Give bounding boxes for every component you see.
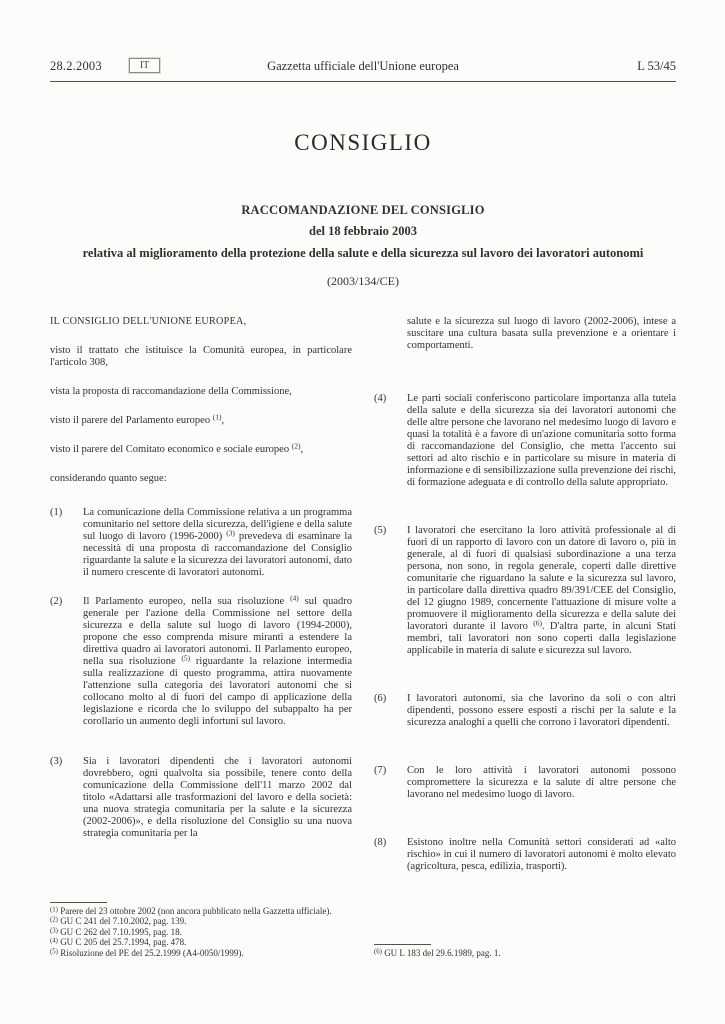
footnote: (1) Parere del 23 ottobre 2002 (non anco…	[50, 906, 352, 916]
footnote: (2) GU C 241 del 7.10.2002, pag. 139.	[50, 916, 352, 926]
recital-text: I lavoratori che esercitano la loro atti…	[407, 525, 676, 657]
footnote-text: GU L 183 del 29.6.1989, pag. 1.	[382, 948, 501, 958]
footnote-marker: (3)	[50, 927, 58, 934]
footnote-text: GU C 262 del 7.10.1995, pag. 18.	[58, 927, 182, 937]
recitals-left: (1) La comunicazione della Commissione r…	[50, 507, 352, 840]
footnotes-right: (6) GU L 183 del 29.6.1989, pag. 1.	[374, 944, 676, 958]
recitals-right: (4) Le parti sociali conferiscono partic…	[374, 393, 676, 873]
footnote-text: Risoluzione del PE del 25.2.1999 (A4-005…	[58, 948, 244, 958]
citation-paragraph: visto il parere del Parlamento europeo (…	[50, 415, 352, 427]
footnote-reference: (4)	[290, 594, 299, 603]
citation-paragraph: visto il trattato che istituisce la Comu…	[50, 345, 352, 369]
footnote-reference: (1)	[213, 413, 222, 422]
act-reference: (2003/134/CE)	[50, 274, 676, 289]
footnote: (5) Risoluzione del PE del 25.2.1999 (A4…	[50, 948, 352, 958]
recital-text: Sia i lavoratori dipendenti che i lavora…	[83, 756, 352, 840]
recital-number: (7)	[374, 765, 407, 801]
page-header: 28.2.2003 IT Gazzetta ufficiale dell'Uni…	[50, 57, 676, 74]
footnote: (4) GU C 205 del 25.7.1994, pag. 478.	[50, 937, 352, 947]
act-title: RACCOMANDAZIONE DEL CONSIGLIO	[50, 203, 676, 218]
footnote-marker: (1)	[50, 906, 58, 913]
recital-number: (6)	[374, 693, 407, 729]
footnotes-left: (1) Parere del 23 ottobre 2002 (non anco…	[50, 902, 352, 958]
footnote-reference: (2)	[292, 442, 301, 451]
section-title: CONSIGLIO	[50, 130, 676, 156]
recital-text: I lavoratori autonomi, sia che lavorino …	[407, 693, 676, 729]
journal-page: 28.2.2003 IT Gazzetta ufficiale dell'Uni…	[0, 0, 725, 1024]
recital-number: (5)	[374, 525, 407, 657]
act-date-line: del 18 febbraio 2003	[50, 224, 676, 239]
footnote-marker: (6)	[374, 948, 382, 955]
citation-paragraph: vista la proposta di raccomandazione del…	[50, 386, 352, 398]
recital: (7) Con le loro attività i lavoratori au…	[374, 765, 676, 801]
citation-paragraph: considerando quanto segue:	[50, 473, 352, 485]
footnote-reference: (3)	[226, 529, 235, 538]
recital-text: La comunicazione della Commissione relat…	[83, 507, 352, 579]
recital-number: (2)	[50, 596, 83, 728]
footnote-rule	[374, 944, 431, 945]
recital-number: (4)	[374, 393, 407, 489]
footnote-marker: (4)	[50, 938, 58, 945]
recital-text: Le parti sociali conferiscono particolar…	[407, 393, 676, 489]
journal-title: Gazzetta ufficiale dell'Unione europea	[50, 59, 676, 73]
recital-text: Il Parlamento europeo, nella sua risoluz…	[83, 596, 352, 728]
footnote: (3) GU C 262 del 7.10.1995, pag. 18.	[50, 927, 352, 937]
body-columns: IL CONSIGLIO DELL'UNIONE EUROPEA, visto …	[50, 316, 676, 958]
recital: (2) Il Parlamento europeo, nella sua ris…	[50, 596, 352, 728]
footnote-marker: (2)	[50, 917, 58, 924]
footnote-text: GU C 241 del 7.10.2002, pag. 139.	[58, 916, 187, 926]
recital: (1) La comunicazione della Commissione r…	[50, 507, 352, 579]
recital: (5) I lavoratori che esercitano la loro …	[374, 525, 676, 657]
footnote-marker: (5)	[50, 948, 58, 955]
recital-continuation: salute e la sicurezza sul luogo di lavor…	[407, 316, 676, 352]
recital-number: (8)	[374, 837, 407, 873]
right-column: salute e la sicurezza sul luogo di lavor…	[374, 316, 676, 958]
footnote-reference: (5)	[181, 654, 190, 663]
footnote-text: Parere del 23 ottobre 2002 (non ancora p…	[58, 906, 332, 916]
footnote-reference: (6)	[533, 619, 542, 628]
recital: (4) Le parti sociali conferiscono partic…	[374, 393, 676, 489]
recital-number: (3)	[50, 756, 83, 840]
act-heading: RACCOMANDAZIONE DEL CONSIGLIO del 18 feb…	[50, 203, 676, 289]
recital: (6) I lavoratori autonomi, sia che lavor…	[374, 693, 676, 729]
citation-paragraph: visto il parere del Comitato economico e…	[50, 444, 352, 456]
footnote-list: (6) GU L 183 del 29.6.1989, pag. 1.	[374, 948, 676, 958]
recital-text: Con le loro attività i lavoratori autono…	[407, 765, 676, 801]
recital-number: (1)	[50, 507, 83, 579]
preamble-opening: IL CONSIGLIO DELL'UNIONE EUROPEA,	[50, 316, 352, 328]
recital: (8) Esistono inoltre nella Comunità sett…	[374, 837, 676, 873]
recital-text: Esistono inoltre nella Comunità settori …	[407, 837, 676, 873]
act-subject: relativa al miglioramento della protezio…	[77, 246, 649, 261]
recital: (3) Sia i lavoratori dipendenti che i la…	[50, 756, 352, 840]
footnote-text: GU C 205 del 25.7.1994, pag. 478.	[58, 937, 187, 947]
footnote: (6) GU L 183 del 29.6.1989, pag. 1.	[374, 948, 676, 958]
footnote-rule	[50, 902, 107, 903]
footnote-list: (1) Parere del 23 ottobre 2002 (non anco…	[50, 906, 352, 958]
preamble-citations: visto il trattato che istituisce la Comu…	[50, 345, 352, 507]
header-rule	[50, 81, 676, 82]
left-column: IL CONSIGLIO DELL'UNIONE EUROPEA, visto …	[50, 316, 352, 958]
